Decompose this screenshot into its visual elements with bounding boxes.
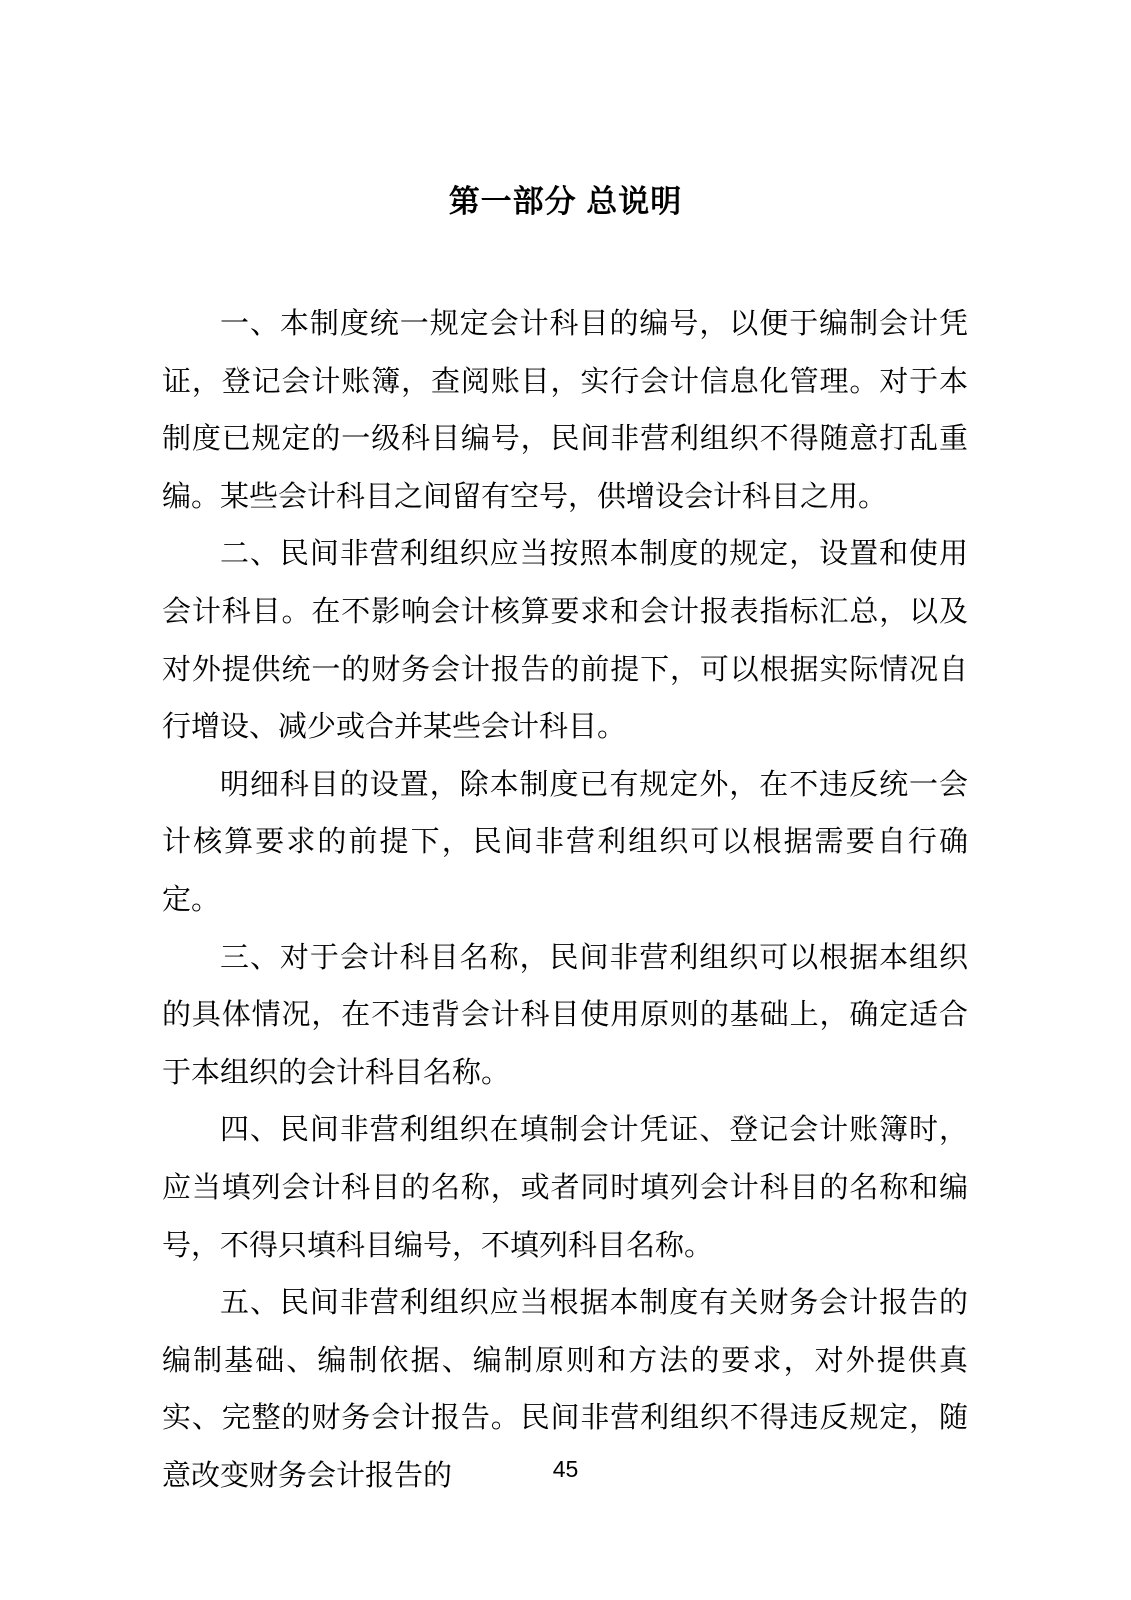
page-number: 45 bbox=[0, 1454, 1131, 1484]
paragraph: 三、对于会计科目名称，民间非营利组织可以根据本组织的具体情况，在不违背会计科目使… bbox=[162, 930, 968, 1103]
paragraph: 二、民间非营利组织应当按照本制度的规定，设置和使用会计科目。在不影响会计核算要求… bbox=[162, 526, 968, 756]
document-body: 一、本制度统一规定会计科目的编号，以便于编制会计凭证，登记会计账簿，查阅账目，实… bbox=[162, 296, 968, 1505]
section-title: 第一部分 总说明 bbox=[0, 183, 1131, 221]
paragraph: 一、本制度统一规定会计科目的编号，以便于编制会计凭证，登记会计账簿，查阅账目，实… bbox=[162, 296, 968, 526]
document-page: 第一部分 总说明 一、本制度统一规定会计科目的编号，以便于编制会计凭证，登记会计… bbox=[0, 0, 1131, 1600]
paragraph: 明细科目的设置，除本制度已有规定外，在不违反统一会计核算要求的前提下，民间非营利… bbox=[162, 757, 968, 930]
paragraph: 四、民间非营利组织在填制会计凭证、登记会计账簿时，应当填列会计科目的名称，或者同… bbox=[162, 1102, 968, 1275]
